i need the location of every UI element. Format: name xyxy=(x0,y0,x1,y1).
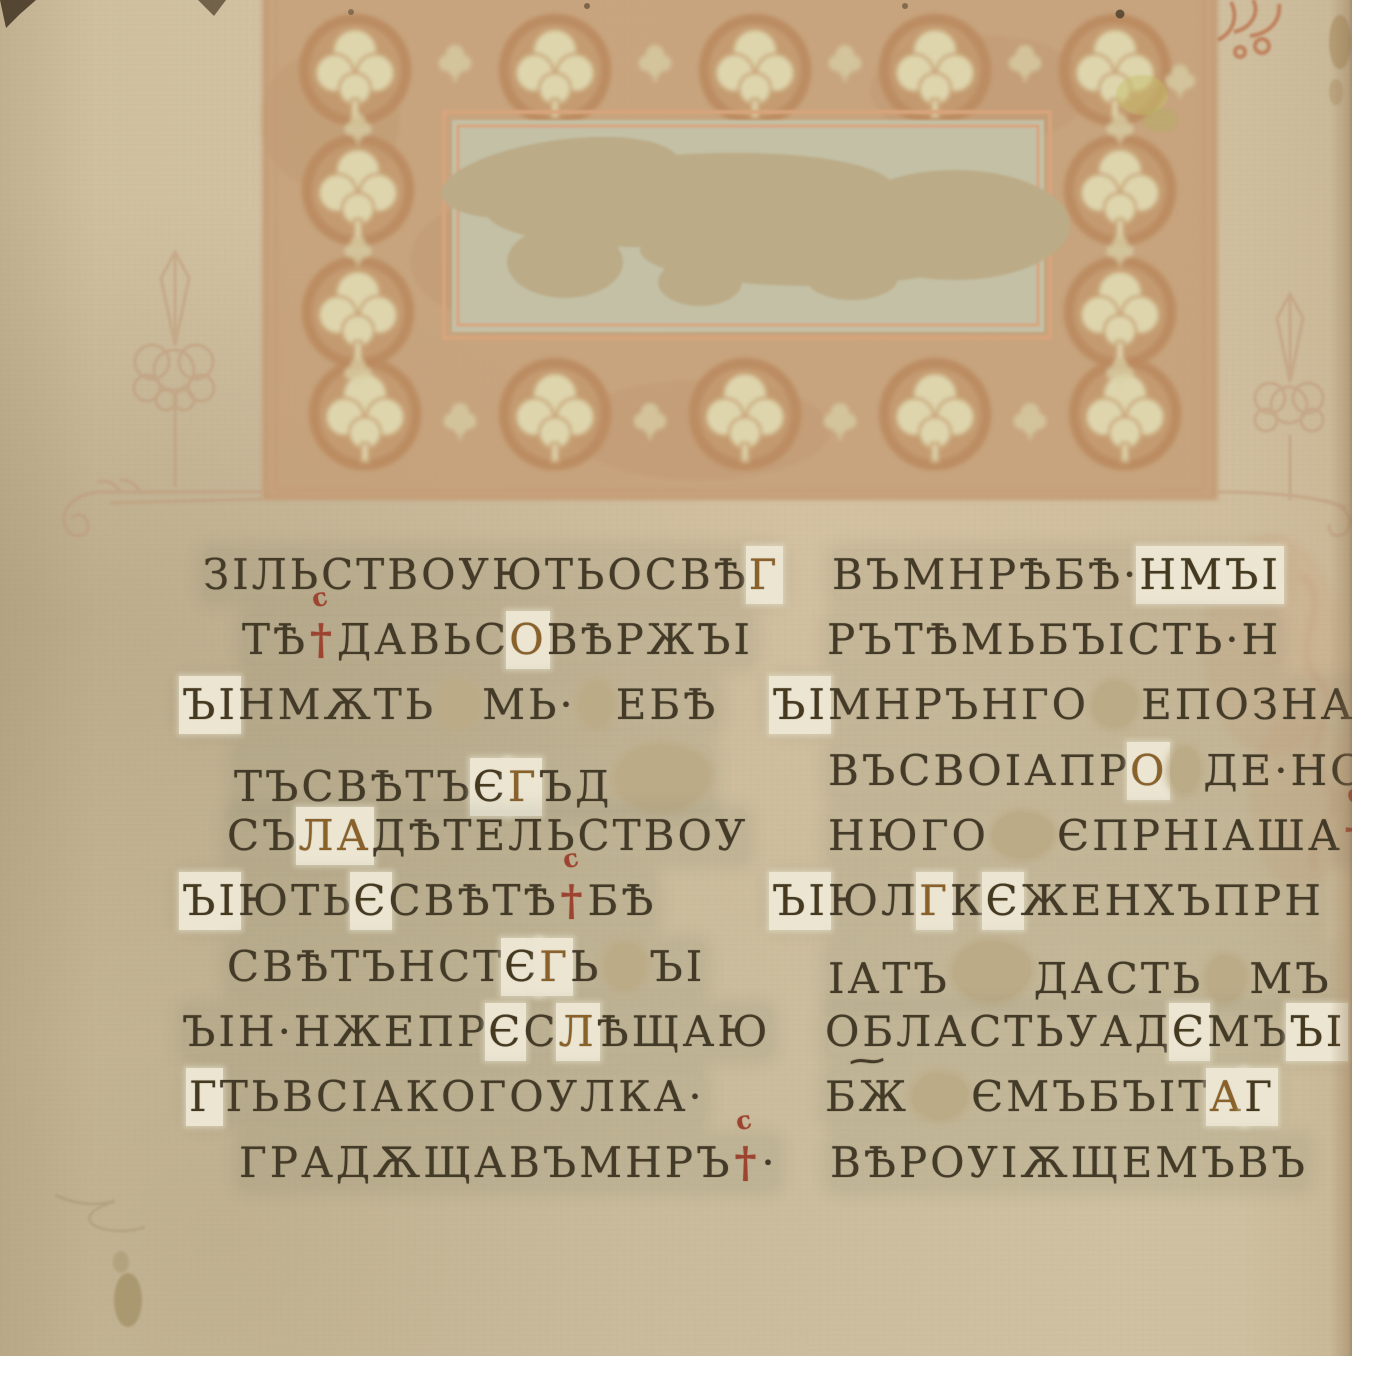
erased-patch xyxy=(1206,955,1246,1001)
text-line-left-3: ЪІНМѪТЬМЬ·ЕБѢ xyxy=(182,679,718,731)
restored-letters: НМЪІ xyxy=(1139,549,1281,601)
page-edge-crease xyxy=(1330,0,1352,1356)
text-run: ГРАДѪЩАВЪМНРЪ xyxy=(239,1137,732,1189)
gilt-letters: Г xyxy=(749,549,780,601)
text-line-left-10: ГРАДѪЩАВЪМНРЪ†с· xyxy=(239,1137,778,1189)
erased-patch xyxy=(953,941,1031,1001)
text-line-left-4: ТЪСВѢТЪЄГЪД xyxy=(234,745,713,813)
text-run: ВЪМНРѢБѢ· xyxy=(832,549,1139,601)
gilt-letters: Г xyxy=(919,875,950,927)
text-line-right-2: РЪТѢМЬБЪІСТЬ·Н xyxy=(827,614,1281,666)
erased-patch xyxy=(992,812,1054,858)
text-run: СЪ xyxy=(227,810,299,862)
text-run: ТѢ xyxy=(242,614,308,666)
text-line-right-6: ЪІЮЛГКЄЖЕНХЪПРН xyxy=(772,875,1324,927)
scan-edge-right xyxy=(1352,0,1376,1376)
text-run: ЮЛ xyxy=(828,875,919,927)
text-run: ЪІН·НЖЕПР xyxy=(182,1006,488,1058)
text-run: МЬ· xyxy=(482,679,576,731)
text-run: МЪ xyxy=(1249,953,1331,1005)
red-cross-symbol: †с xyxy=(308,614,337,666)
text-run: ѢЩАЮ xyxy=(597,1006,771,1058)
restored-letters: Є xyxy=(985,875,1020,927)
text-run: РЪТѢМЬБЪІСТЬ·Н xyxy=(827,614,1281,666)
text-line-right-4: ВЪСВОІАПРОДЕ·НСВО xyxy=(828,745,1376,797)
text-run: ЗІЛЬСТВОУЮТЬОСВѢ xyxy=(203,549,749,601)
text-line-left-2: ТѢ†сДАВЬСОВѢРЖЪІ xyxy=(242,614,753,666)
restored-letters: Є xyxy=(488,1006,523,1058)
restored-letters: ЪІ xyxy=(182,875,238,927)
restored-letters: Є xyxy=(353,875,388,927)
text-run: СВѢТѢ xyxy=(389,875,559,927)
scan-edge-bottom xyxy=(0,1356,1376,1376)
gilt-letters: ЛА xyxy=(299,810,372,862)
text-run: СВѢТЪНСТ xyxy=(227,941,504,993)
gilt-letters: Л xyxy=(559,1006,597,1058)
gilt-letters: О xyxy=(1130,745,1167,797)
text-line-left-9: ГТЬВСІАКОГОУЛКА· xyxy=(189,1071,705,1123)
text-line-left-6: ЪІЮТЬЄСВѢТѢ†сБѢ xyxy=(182,875,656,927)
text-run: ЪД xyxy=(539,761,613,813)
gilt-letters: Г xyxy=(508,761,539,813)
restored-letters: Є xyxy=(1172,1006,1207,1058)
text-line-right-9: БЖ~ЄМЪБЪІТАГ xyxy=(825,1071,1275,1123)
text-run: НЮГО xyxy=(828,810,989,862)
text-run: ЖЕНХЪПРН xyxy=(1021,875,1324,927)
erased-patch xyxy=(604,943,646,989)
text-line-left-5: СЪЛАДѢТЕЛЬСТВОУ xyxy=(227,810,748,862)
text-line-right-1: ВЪМНРѢБѢ·НМЪІ xyxy=(832,549,1281,601)
red-cross-symbol: †с xyxy=(559,875,588,927)
text-run: МЪ xyxy=(1207,1006,1289,1058)
text-line-left-7: СВѢТЪНСТЄГЬЪІ xyxy=(227,941,705,993)
text-line-right-10: ВѢРОУІѪЩЕМЪВЪ xyxy=(830,1137,1308,1189)
erased-patch xyxy=(439,681,479,727)
gilt-letters: А xyxy=(1209,1071,1244,1123)
restored-letters: Г xyxy=(1244,1071,1275,1123)
text-run: ВЪСВОІАПР xyxy=(828,745,1130,797)
erased-patch xyxy=(579,681,613,727)
text-run: БЖ~ xyxy=(825,1071,909,1123)
text-line-right-8: ОБЛАСТЬУАДЄМЪЪІ xyxy=(825,1006,1345,1058)
titlo-mark: ~ xyxy=(843,1050,890,1072)
text-line-left-1: ЗІЛЬСТВОУЮТЬОСВѢГ xyxy=(203,549,780,601)
text-line-right-7: ІАТЪДАСТЬМЪ xyxy=(828,941,1332,1005)
text-run: ВѢРЖЪІ xyxy=(547,614,753,666)
text-run: ДѢТЕЛЬСТВОУ xyxy=(371,810,748,862)
erased-patch xyxy=(615,745,710,809)
text-run: ТЪСВѢТЪ xyxy=(234,761,473,813)
restored-letters: Г xyxy=(189,1071,220,1123)
gilt-letters: О xyxy=(509,614,546,666)
gilt-letters: Г xyxy=(539,941,570,993)
text-run: ЄМЪБЪІТ xyxy=(971,1071,1209,1123)
restored-letters: Є xyxy=(473,761,508,813)
restored-letters: ЪІ xyxy=(772,679,828,731)
text-run: К xyxy=(950,875,986,927)
text-run: ЪІ xyxy=(649,941,705,993)
text-run: ІАТЪ xyxy=(828,953,950,1005)
erased-patch xyxy=(1092,681,1138,727)
text-run: ВѢРОУІѪЩЕМЪВЪ xyxy=(830,1137,1308,1189)
text-line-right-5: НЮГОЄПРНІАША†с xyxy=(828,810,1372,862)
red-cross-symbol: †с xyxy=(732,1137,761,1189)
restored-letters: Є xyxy=(504,941,539,993)
text-run: ЄПРНІАША xyxy=(1057,810,1343,862)
text-run: ЮТЬ xyxy=(238,875,353,927)
text-run: БѢ xyxy=(588,875,657,927)
text-run: ДАВЬС xyxy=(337,614,509,666)
erased-patch xyxy=(1170,747,1200,793)
text-run: МНРЪНГО xyxy=(828,679,1089,731)
red-finial-cresting xyxy=(1218,0,1279,57)
erased-patch xyxy=(912,1073,968,1119)
text-line-left-8: ЪІН·НЖЕПРЄСЛѢЩАЮ xyxy=(182,1006,771,1058)
text-run: С xyxy=(523,1006,558,1058)
manuscript-page: ЗІЛЬСТВОУЮТЬОСВѢГТѢ†сДАВЬСОВѢРЖЪІЪІНМѪТЬ… xyxy=(0,0,1376,1376)
text-run: ДАСТЬ xyxy=(1034,953,1203,1005)
text-line-right-3: ЪІМНРЪНГОЕПОЗНА†с xyxy=(772,679,1376,731)
text-run: · xyxy=(761,1137,777,1189)
text-run: ЕПОЗНА xyxy=(1141,679,1355,731)
title-box xyxy=(436,112,1070,338)
text-run: Ь xyxy=(570,941,601,993)
text-run: ЕБѢ xyxy=(616,679,719,731)
text-run: НМѪТЬ xyxy=(238,679,436,731)
restored-letters: ЪІ xyxy=(182,679,238,731)
restored-letters: ЪІ xyxy=(772,875,828,927)
text-run: ТЬВСІАКОГОУЛКА· xyxy=(220,1071,705,1123)
